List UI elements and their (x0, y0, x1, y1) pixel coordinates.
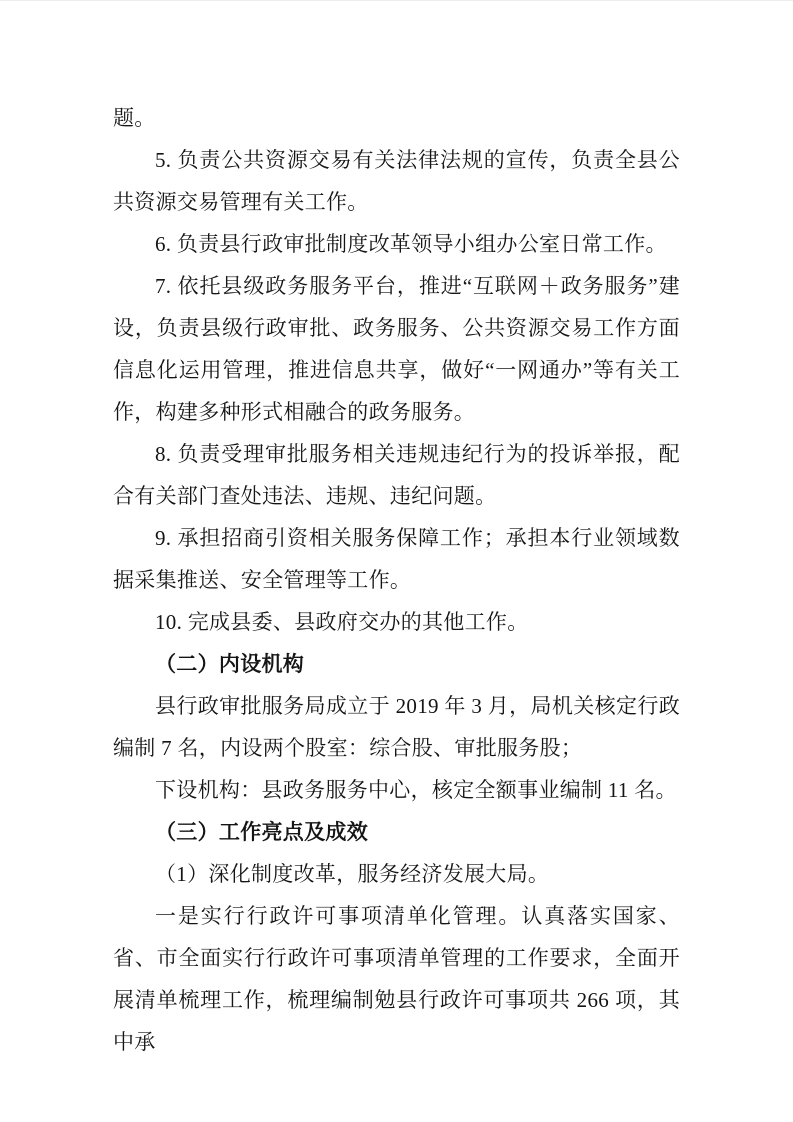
paragraph-duty-5: 5. 负责公共资源交易有关法律法规的宣传，负责全县公共资源交易管理有关工作。 (113, 139, 680, 223)
document-page: 题。 5. 负责公共资源交易有关法律法规的宣传，负责全县公共资源交易管理有关工作… (0, 0, 793, 1122)
document-body: 题。 5. 负责公共资源交易有关法律法规的宣传，负责全县公共资源交易管理有关工作… (113, 97, 680, 1063)
paragraph-highlight-detail: 一是实行行政许可事项清单化管理。认真落实国家、省、市全面实行行政许可事项清单管理… (113, 895, 680, 1063)
paragraph-org-establishment: 县行政审批服务局成立于 2019 年 3 月，局机关核定行政编制 7 名，内设两… (113, 685, 680, 769)
paragraph-highlight-intro: （1）深化制度改革，服务经济发展大局。 (113, 853, 680, 895)
paragraph-duty-8: 8. 负责受理审批服务相关违规违纪行为的投诉举报，配合有关部门查处违法、违规、违… (113, 433, 680, 517)
heading-section-2-internal-org: （二）内设机构 (113, 643, 680, 685)
paragraph-duty-9: 9. 承担招商引资相关服务保障工作；承担本行业领域数据采集推送、安全管理等工作。 (113, 517, 680, 601)
paragraph-continuation: 题。 (113, 97, 680, 139)
paragraph-org-subordinate: 下设机构：县政务服务中心，核定全额事业编制 11 名。 (113, 769, 680, 811)
paragraph-duty-7: 7. 依托县级政务服务平台，推进“互联网＋政务服务”建设，负责县级行政审批、政务… (113, 265, 680, 433)
paragraph-duty-10: 10. 完成县委、县政府交办的其他工作。 (113, 601, 680, 643)
paragraph-duty-6: 6. 负责县行政审批制度改革领导小组办公室日常工作。 (113, 223, 680, 265)
heading-section-3-highlights: （三）工作亮点及成效 (113, 811, 680, 853)
